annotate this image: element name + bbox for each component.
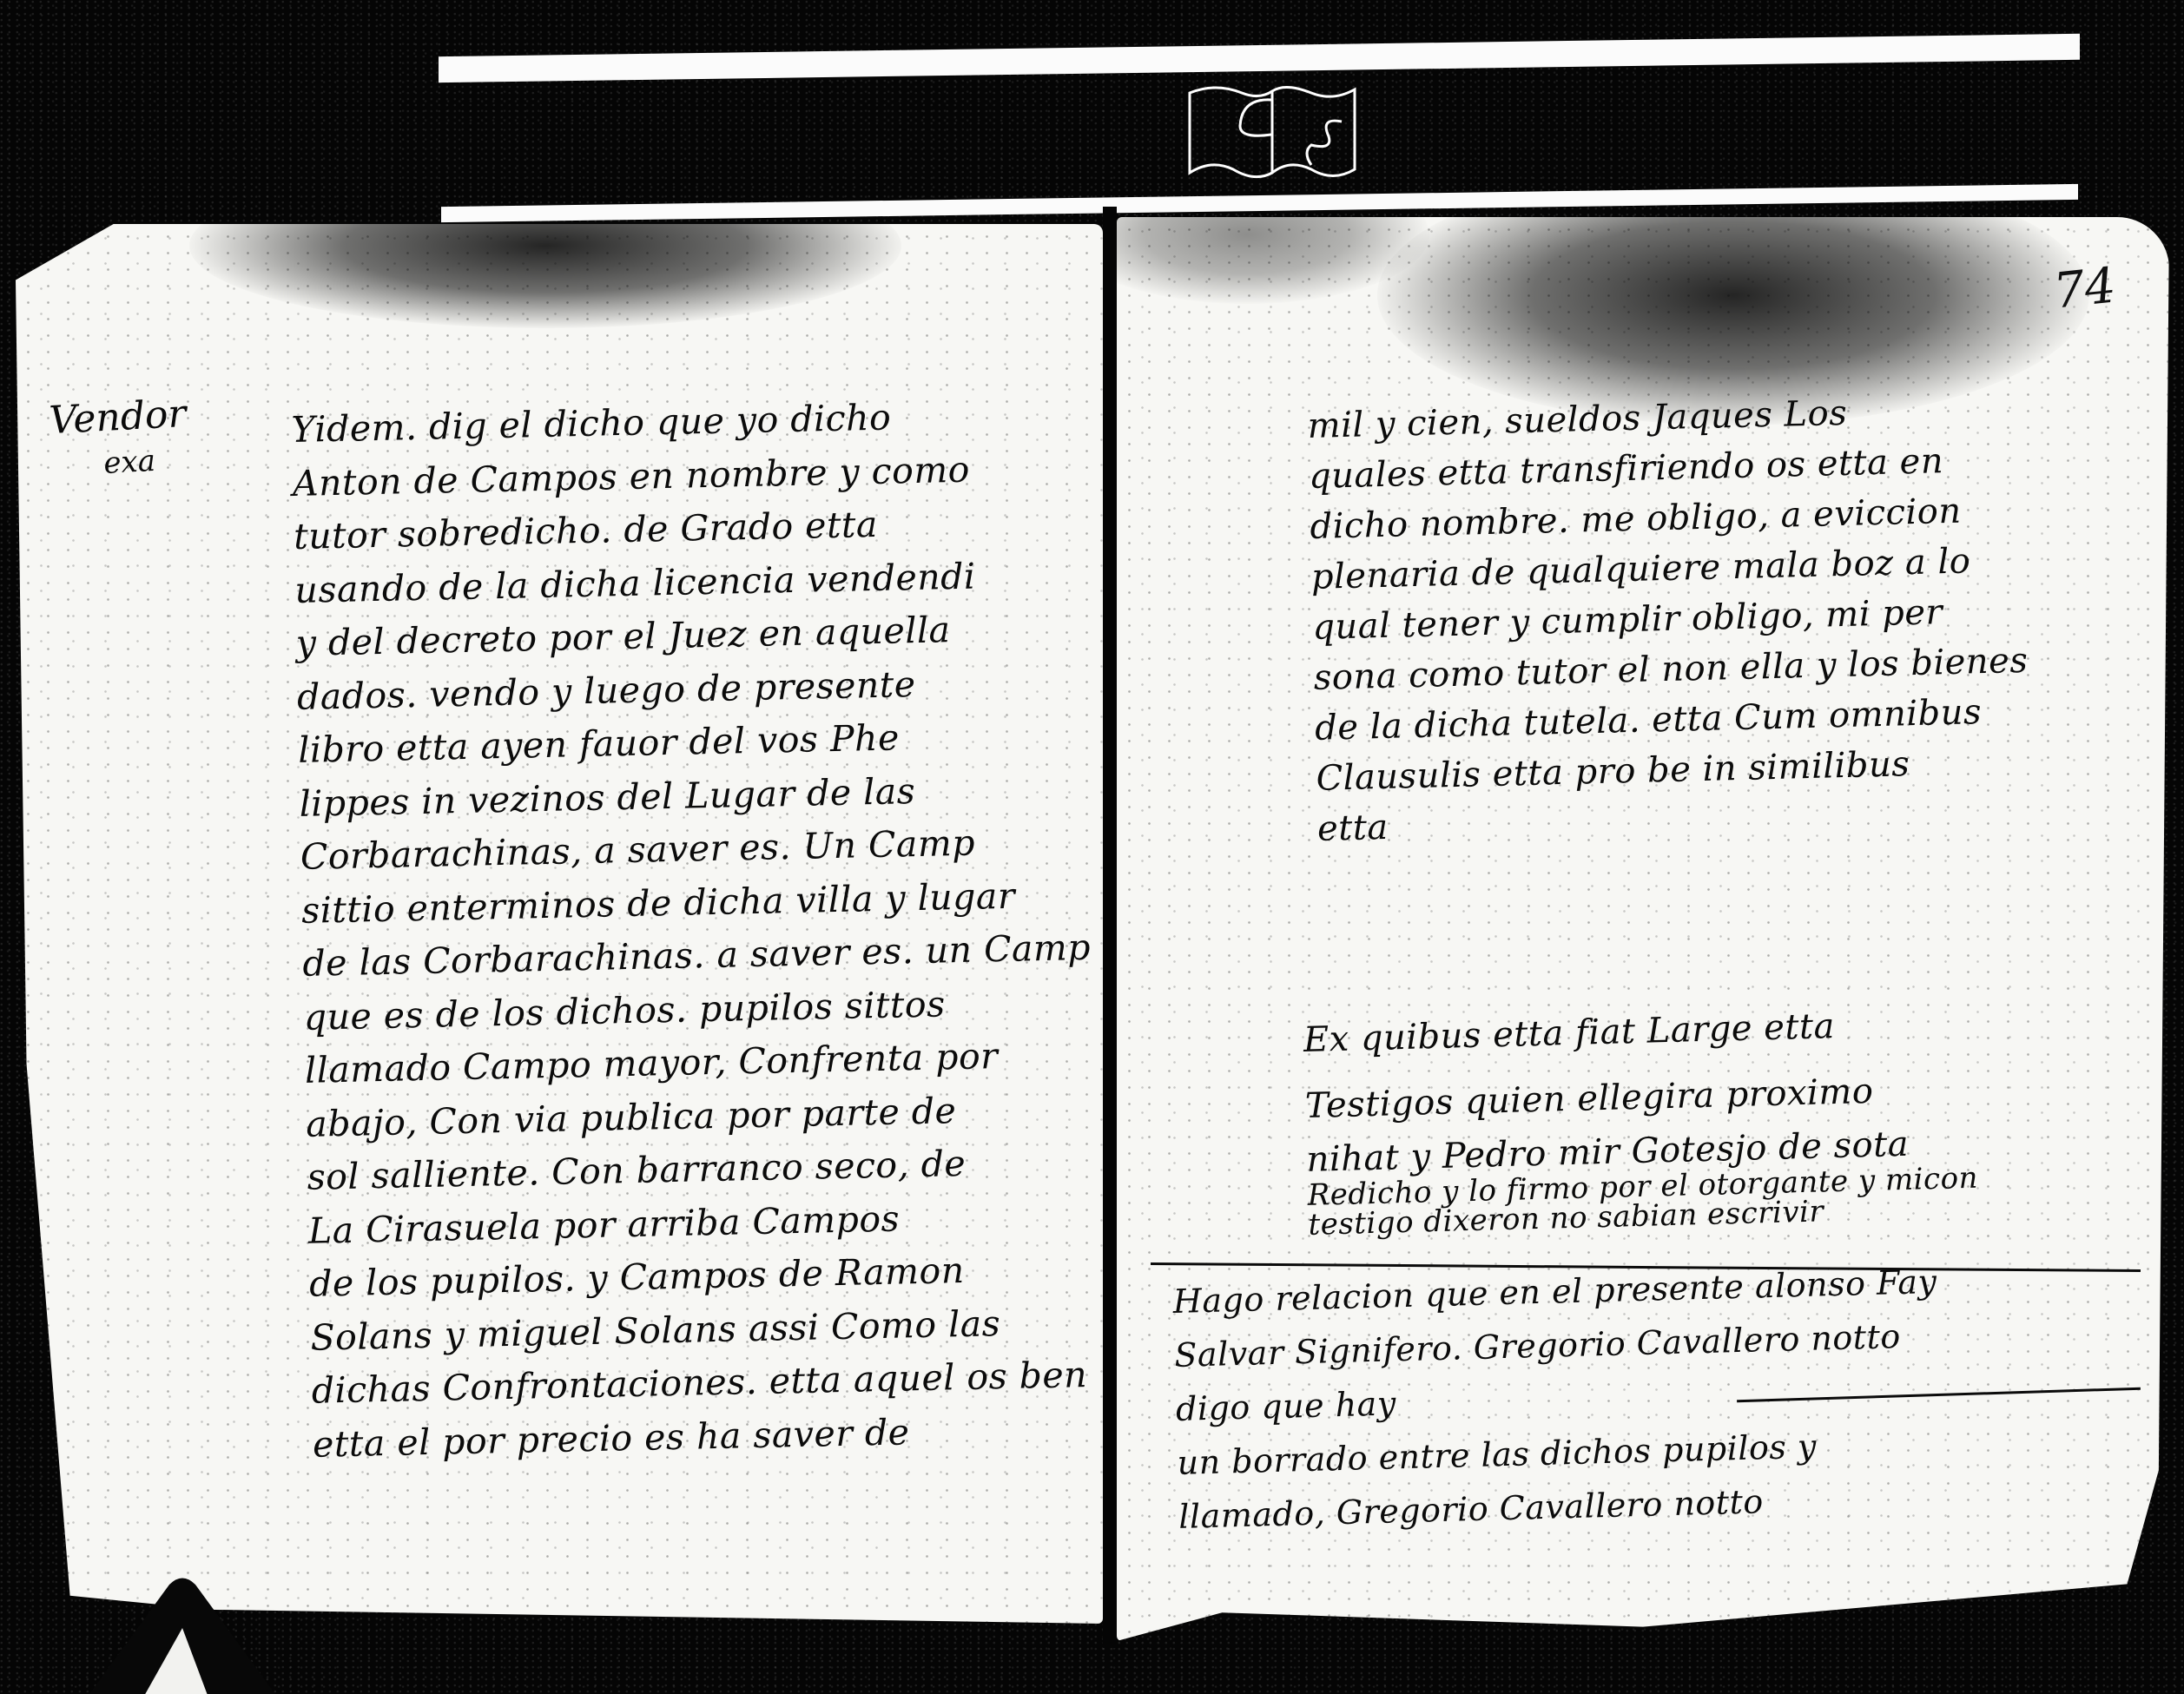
- margin-note-line: Vendor: [48, 392, 187, 444]
- right-page-text: mil y cien, sueldos Jaques Los quales et…: [1307, 384, 2032, 854]
- book-gutter: [1103, 207, 1117, 1648]
- margin-note-line: exa: [50, 437, 189, 489]
- left-page-text: Yidem. dig el dicho que yo dicho Anton d…: [291, 387, 1101, 1472]
- folio-number: 74: [2051, 257, 2119, 320]
- binding-corner-tab: [87, 1567, 278, 1694]
- margin-note: Vendor exa: [48, 392, 189, 489]
- closing-clause: Ex quibus etta fiat Large etta Testigos …: [1303, 990, 1979, 1240]
- open-book-watermark-icon: [1181, 82, 1363, 187]
- notary-note: Hago relacion que en el presente alonso …: [1172, 1255, 1943, 1544]
